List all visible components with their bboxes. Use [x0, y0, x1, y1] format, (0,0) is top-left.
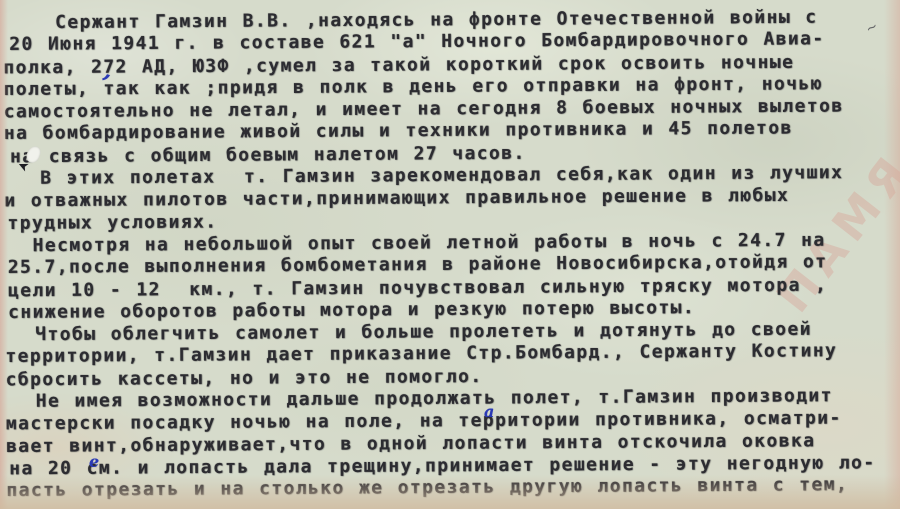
document-scan-page: ПАМЯ Сержант Гамзин В.В. ,находясь на фр…: [0, 0, 900, 509]
handwritten-letter-a-correction: а: [484, 402, 494, 421]
handwritten-letter-e-correction: е: [89, 452, 99, 471]
typescript-text: Сержант Гамзин В.В. ,находясь на фронте …: [3, 6, 900, 503]
